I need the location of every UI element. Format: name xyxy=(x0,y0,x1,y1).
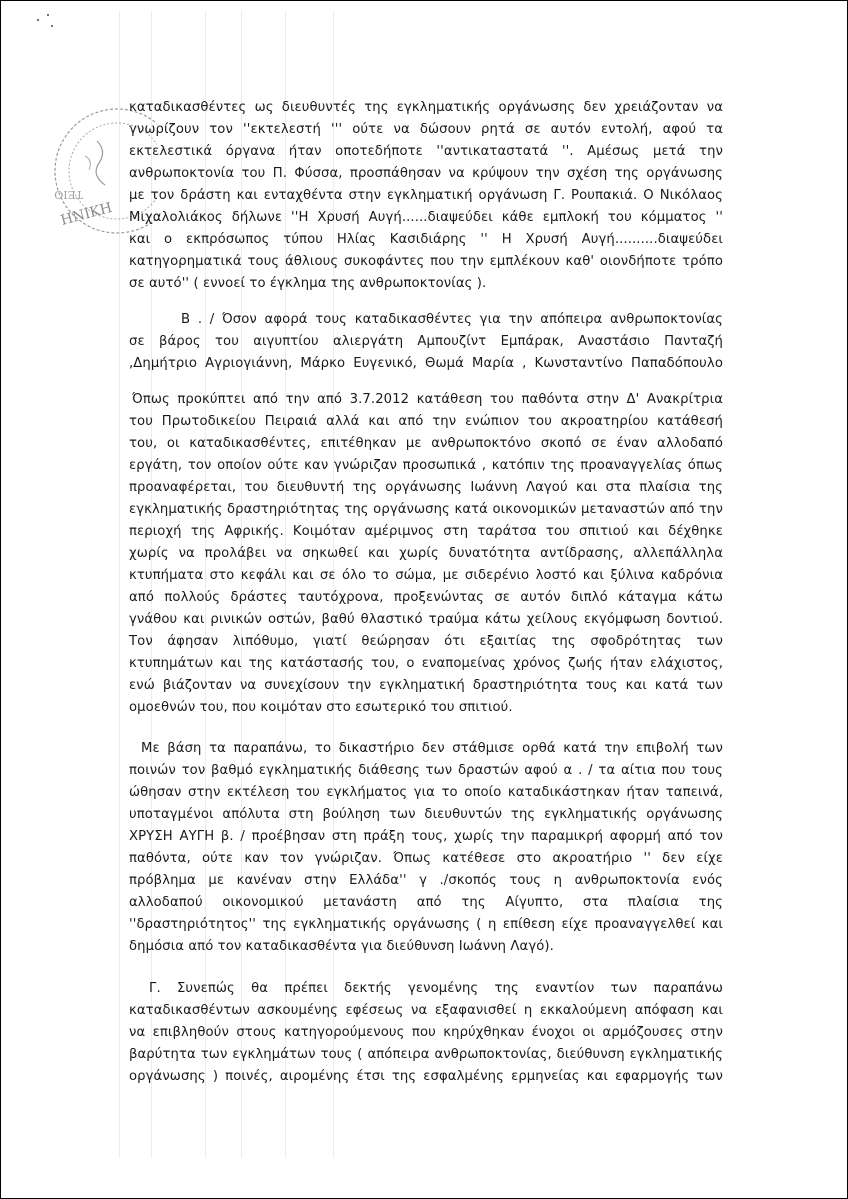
text-line: εργάτη, τον οποίον ούτε καν γνώριζαν προ… xyxy=(129,456,723,476)
text-line: ομοεθνών του, που κοιμόταν στο εσωτερικό… xyxy=(129,698,723,718)
text-line: δημόσια από τον καταδικασθέντα για διεύθ… xyxy=(129,937,723,957)
text-line: ενώ βιάζονταν να συνεχίσουν την εγκληματ… xyxy=(129,676,723,696)
text-line: Μιχαλολιάκος δήλωνε ''Η Χρυσή Αυγή......… xyxy=(129,208,723,228)
text-line: υποταγμένοι απόλυτα στη βούληση των διευ… xyxy=(129,805,723,825)
text-line: εγκληματικής δραστηριότητας της οργάνωση… xyxy=(129,500,723,520)
text-line: κτυπήματα στο κεφάλι και σε όλο το σώμα,… xyxy=(129,566,723,586)
scan-speck xyxy=(47,14,49,16)
text-line: κατηγορηματικά τους άθλιους συκοφάντες π… xyxy=(129,252,723,272)
text-line: Όπως προκύπτει από την από 3.7.2012 κατά… xyxy=(132,390,723,410)
text-line: του Πρωτοδικείου Πειραιά αλλά και από τη… xyxy=(129,412,723,432)
text-line: και ο εκπρόσωπος τύπου Ηλίας Κασιδιάρης … xyxy=(129,230,723,250)
text-line: ανθρωποκτονία του Π. Φύσσα, προσπάθησαν … xyxy=(129,164,723,184)
text-line: κτυπημάτων και της κατάστασής του, ο ενα… xyxy=(129,654,723,674)
text-line: σε αυτό'' ( εννοεί το έγκλημα της ανθρωπ… xyxy=(129,274,723,294)
stamp-text-partial: ΤΕΙΟ xyxy=(54,188,83,201)
stamp-text: ΗΝΙΚΗ xyxy=(59,200,114,229)
text-line: γνάθου και ρινικών οστών, βαθύ θλαστικό … xyxy=(129,610,723,630)
text-line: ''δραστηριότητος'' της εγκληματικής οργά… xyxy=(129,915,723,935)
scan-speck xyxy=(37,19,39,21)
text-line: ,Δημήτριο Αγριογιάννη, Μάρκο Ευγενικό, Θ… xyxy=(129,354,723,374)
text-line: πρόβλημα με κανέναν στην Ελλάδα'' γ ./σκ… xyxy=(129,871,723,891)
text-line: σε βάρος του αιγυπτίου αλιεργάτη Αμπουζί… xyxy=(129,332,723,352)
text-line: με τον δράστη και ενταχθέντα στην εγκλημ… xyxy=(129,186,723,206)
text-line: ώθησαν στην εκτέλεση του εγκλήματος για … xyxy=(129,783,723,803)
text-line: καταδικασθέντων ασκουμένης εφέσεως να εξ… xyxy=(129,1001,723,1021)
section-heading-g: Γ. Συνεπώς θα πρέπει δεκτής γενομένης τη… xyxy=(149,979,723,999)
text-line: προαναφέρεται, του διευθυντή της οργάνωσ… xyxy=(129,478,723,498)
text-line: οργάνωσης ) ποινές, αιρομένης έτσι της ε… xyxy=(129,1067,723,1087)
text-line: να επιβληθούν στους κατηγορούμενους που … xyxy=(129,1023,723,1043)
text-line: Τον άφησαν λιπόθυμο, γιατί θεώρησαν ότι … xyxy=(129,632,723,652)
text-line: αλλοδαπού οικονομικού μετανάστη από της … xyxy=(129,893,723,913)
scan-speck xyxy=(51,25,53,27)
text-line: εκτελεστικά όργανα ήταν οποτεδήποτε ''αν… xyxy=(129,142,723,162)
text-line: από πολλούς δράστες ταυτόχρονα, προξενών… xyxy=(129,588,723,608)
text-line: ποινών τον βαθμό εγκληματικής διάθεσης τ… xyxy=(129,761,723,781)
document-page: ΗΝΙΚΗ ΤΕΙΟ καταδικασθέντες ως διευθυντές… xyxy=(0,0,848,1199)
text-line: Με βάση τα παραπάνω, το δικαστήριο δεν σ… xyxy=(141,739,723,759)
text-line: βαρύτητα των εγκλημάτων τους ( απόπειρα … xyxy=(129,1045,723,1065)
text-line: χωρίς να προλάβει να σηκωθεί και χωρίς δ… xyxy=(129,544,723,564)
text-line: παθόντα, ούτε καν τον γνώριζαν. Όπως κατ… xyxy=(129,849,723,869)
text-line: ΧΡΥΣΗ ΑΥΓΗ β. / προέβησαν στη πράξη τους… xyxy=(129,827,723,847)
text-line: περιοχή της Αφρικής. Κοιμόταν αμέριμνος … xyxy=(129,522,723,542)
text-line: καταδικασθέντες ως διευθυντές της εγκλημ… xyxy=(129,98,723,118)
text-line: του, οι καταδικασθέντες, επιτέθηκαν με α… xyxy=(129,434,723,454)
text-line: γνωρίζουν τον ''εκτελεστή ''' ούτε να δώ… xyxy=(129,120,723,140)
section-heading-b: Β . / Όσον αφορά τους καταδικασθέντες γι… xyxy=(181,310,723,330)
